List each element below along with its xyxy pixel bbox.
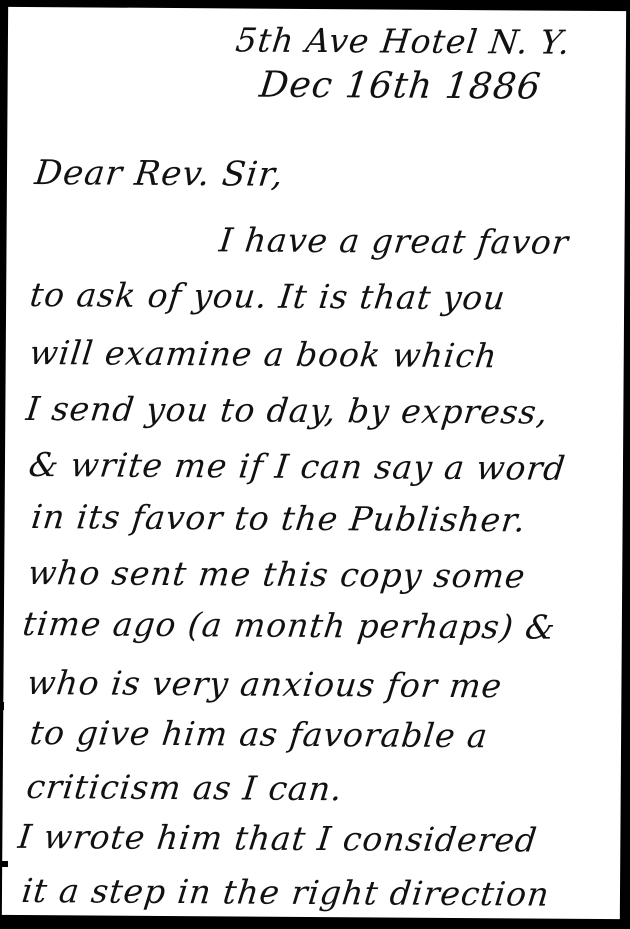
letter-line: will examine a book which <box>28 333 500 375</box>
letter-paper: 5th Ave Hotel N. Y. Dec 16th 1886 Dear R… <box>2 7 626 919</box>
scan-artifact <box>1 702 4 710</box>
letter-line: who is very anxious for me <box>25 663 504 705</box>
scan-artifact <box>0 563 4 573</box>
letter-line: I wrote him that I considered <box>16 817 539 860</box>
scanned-letter-page: { "document": { "kind": "handwritten-let… <box>0 0 630 929</box>
letter-line: I have a great favor <box>217 220 571 261</box>
letter-line: & write me if I can say a word <box>27 445 568 488</box>
letter-line: time ago (a month perhaps) & <box>21 604 558 647</box>
scan-artifact <box>2 861 8 867</box>
letter-line: to give him as favorable a <box>28 713 490 755</box>
letter-line: in its favor to the Publisher. <box>29 497 528 539</box>
salutation-line: Dear Rev. Sir, <box>33 153 286 195</box>
letter-line: I send you to day, by express, <box>24 389 550 432</box>
letter-line: it a step in the right direction <box>20 871 552 914</box>
letter-line: criticism as I can. <box>25 767 345 808</box>
letterhead-address: 5th Ave Hotel N. Y. <box>234 20 573 61</box>
letter-line: to ask of you. It is that you <box>28 275 508 317</box>
letter-line: who sent me this copy some <box>26 553 528 595</box>
letterhead-date: Dec 16th 1886 <box>257 65 543 108</box>
